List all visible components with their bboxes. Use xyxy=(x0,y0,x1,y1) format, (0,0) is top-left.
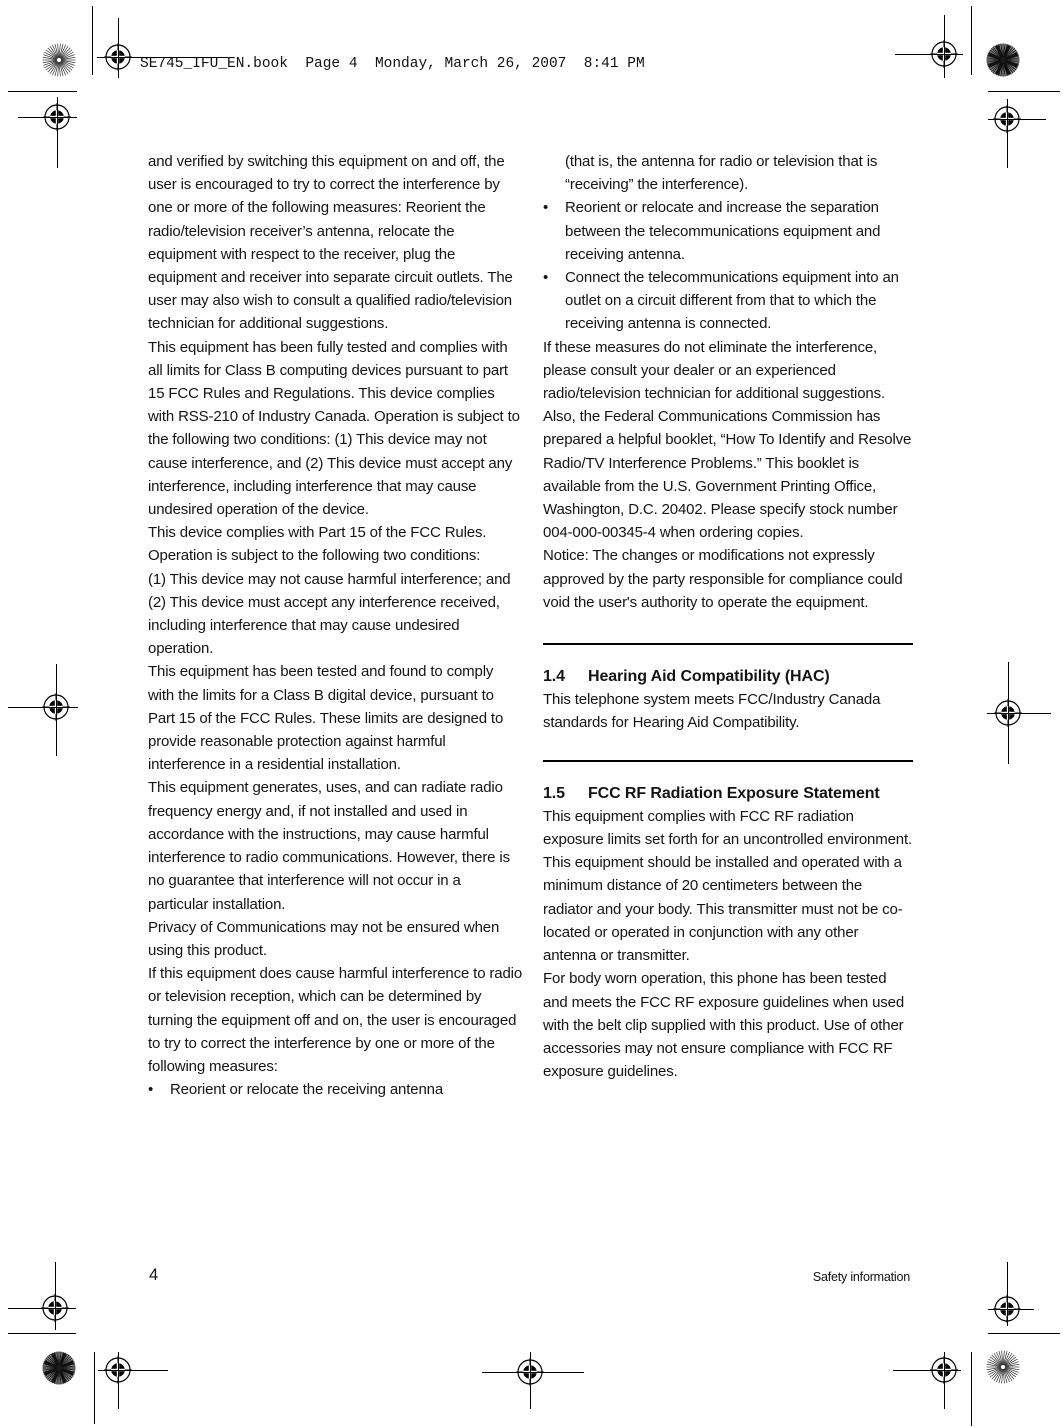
list-item: • Reorient or relocate and increase the … xyxy=(543,196,913,266)
crop-line xyxy=(98,1370,168,1371)
crop-line xyxy=(987,713,1051,714)
list-item-text: Reorient or relocate the receiving anten… xyxy=(170,1078,522,1101)
crop-line xyxy=(893,1370,961,1371)
crop-line xyxy=(56,664,57,756)
paragraph: This equipment complies with FCC RF radi… xyxy=(543,805,913,967)
crop-line xyxy=(18,117,77,118)
paragraph: If these measures do not eliminate the i… xyxy=(543,336,913,545)
section-heading: 1.5 FCC RF Radiation Exposure Statement xyxy=(543,782,913,805)
crop-line xyxy=(118,1352,119,1409)
crop-line xyxy=(1007,99,1008,168)
page-number: 4 xyxy=(149,1266,158,1285)
crop-line xyxy=(57,97,58,168)
section-heading: 1.4 Hearing Aid Compatibility (HAC) xyxy=(543,665,913,688)
section-title: Hearing Aid Compatibility (HAC) xyxy=(588,665,830,688)
crop-line xyxy=(944,1352,945,1409)
section-number: 1.5 xyxy=(543,782,588,805)
crop-line xyxy=(92,6,93,75)
crop-line xyxy=(1007,1262,1008,1326)
paragraph: If this equipment does cause harmful int… xyxy=(148,962,522,1078)
starburst-icon xyxy=(985,1349,1021,1385)
crop-line xyxy=(8,1333,76,1334)
paragraph: For body worn operation, this phone has … xyxy=(543,967,913,1083)
manual-page: SE745_IFU_EN.book Page 4 Monday, March 2… xyxy=(0,0,1064,1428)
crop-line xyxy=(118,18,119,78)
section-divider xyxy=(543,760,913,762)
crop-line xyxy=(55,1262,56,1330)
starburst-icon xyxy=(41,1350,77,1386)
crop-line xyxy=(530,1352,531,1409)
paragraph: This telephone system meets FCC/Industry… xyxy=(543,688,913,734)
list-item-text: Connect the telecommunications equipment… xyxy=(565,266,913,336)
crop-line xyxy=(988,91,1060,92)
crop-line xyxy=(482,1372,584,1373)
section-divider xyxy=(543,643,913,645)
crop-line xyxy=(944,15,945,78)
crop-line xyxy=(895,54,963,55)
paragraph: and verified by switching this equipment… xyxy=(148,150,522,336)
section-title: FCC RF Radiation Exposure Statement xyxy=(588,782,880,805)
paragraph: This device complies with Part 15 of the… xyxy=(148,521,522,567)
crop-line xyxy=(8,1308,76,1309)
paragraph: Notice: The changes or modifications not… xyxy=(543,544,913,614)
paragraph: This equipment has been fully tested and… xyxy=(148,336,522,522)
paragraph: This equipment has been tested and found… xyxy=(148,660,522,776)
crop-line xyxy=(1008,662,1009,764)
list-item: • Connect the telecommunications equipme… xyxy=(543,266,913,336)
crop-line xyxy=(971,1352,972,1426)
crop-line xyxy=(8,91,77,92)
paragraph: (1) This device may not cause harmful in… xyxy=(148,568,522,661)
paragraph-continuation: (that is, the antenna for radio or telev… xyxy=(543,150,913,196)
list-item-text: Reorient or relocate and increase the se… xyxy=(565,196,913,266)
bullet-icon: • xyxy=(543,266,565,336)
crop-line xyxy=(8,707,78,708)
crop-line xyxy=(971,6,972,75)
starburst-icon xyxy=(41,42,77,78)
right-column: (that is, the antenna for radio or telev… xyxy=(543,150,913,1083)
section-number: 1.4 xyxy=(543,665,588,688)
paragraph: This equipment generates, uses, and can … xyxy=(148,776,522,915)
crop-line xyxy=(988,1309,1034,1310)
paragraph: Privacy of Communications may not be ens… xyxy=(148,916,522,962)
crop-line xyxy=(94,1352,95,1424)
bullet-icon: • xyxy=(148,1078,170,1101)
book-header: SE745_IFU_EN.book Page 4 Monday, March 2… xyxy=(140,56,645,72)
bullet-icon: • xyxy=(543,196,565,266)
left-column: and verified by switching this equipment… xyxy=(148,150,522,1101)
list-item: • Reorient or relocate the receiving ant… xyxy=(148,1078,522,1101)
starburst-icon xyxy=(985,42,1021,78)
footer-section-title: Safety information xyxy=(710,1270,910,1284)
crop-line xyxy=(988,1333,1060,1334)
crop-line xyxy=(988,119,1046,120)
